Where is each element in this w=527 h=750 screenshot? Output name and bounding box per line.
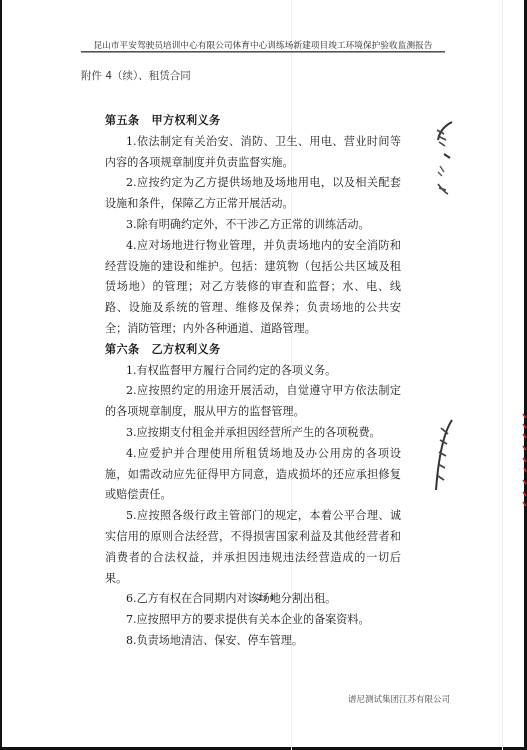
clause-item: 1.依法制定有关治安、消防、卫生、用电、营业时间等内容的各项规章制度并负责监督实…	[105, 132, 401, 174]
section-heading: 乙方权利义务	[151, 343, 220, 356]
clause-item: 4.应爱护并合理使用所租赁场地及办公用房的各项设施，如需改动应先征得甲方同意，造…	[105, 444, 401, 506]
report-header: 昆山市平安驾驶员培训中心有限公司体育中心训练场新建项目竣工环境保护验收监测报告	[81, 39, 445, 51]
section-number: 第六条	[105, 343, 139, 356]
clause-item: 4.应对场地进行物业管理，并负责场地内的安全消防和经营设施的建设和维护。包括：建…	[105, 236, 401, 340]
section-heading: 甲方权利义务	[151, 114, 220, 127]
document-page: 昆山市平安驾驶员培训中心有限公司体育中心训练场新建项目竣工环境保护验收监测报告 …	[0, 0, 527, 750]
clause-item: 3.应按期支付租金并承担因经营所产生的各项税费。	[105, 423, 401, 444]
clause-item: 8.负责场地清洁、保安、停车管理。	[105, 631, 401, 652]
header-divider	[81, 51, 445, 53]
clause-item: 2.应按照约定的用途开展活动，自觉遵守甲方依法制定的各项规章制度，服从甲方的监督…	[105, 381, 401, 423]
page-number: 2 / 4	[2, 593, 527, 602]
contract-body: 第五条甲方权利义务 1.依法制定有关治安、消防、卫生、用电、营业时间等内容的各项…	[105, 111, 401, 652]
partial-seal-stamp-icon	[434, 120, 454, 210]
section-number: 第五条	[105, 114, 139, 127]
section-title-6: 第六条乙方权利义务	[105, 340, 401, 361]
clause-item: 3.除有明确约定外，不干涉乙方正常的训练活动。	[105, 215, 401, 236]
clause-item: 2.应按约定为乙方提供场地及场地用电，以及相关配套设施和条件，保障乙方正常开展活…	[105, 173, 401, 215]
clause-item: 7.应按照甲方的要求提供有关本企业的备案资料。	[105, 610, 401, 631]
partial-seal-stamp-icon	[432, 418, 456, 493]
footer-company: 谱尼测试集团江苏有限公司	[348, 693, 450, 705]
scan-fold-line	[502, 0, 503, 750]
clause-item: 5.应按照各级行政主管部门的规定，本着公平合理、诚实信用的原则合法经营，不得损害…	[105, 506, 401, 589]
attachment-label: 附件 4（续）、租赁合同	[81, 68, 191, 83]
red-seal-stamp-icon	[522, 410, 527, 510]
clause-item: 1.有权监督甲方履行合同约定的各项义务。	[105, 361, 401, 382]
section-title-5: 第五条甲方权利义务	[105, 111, 401, 132]
